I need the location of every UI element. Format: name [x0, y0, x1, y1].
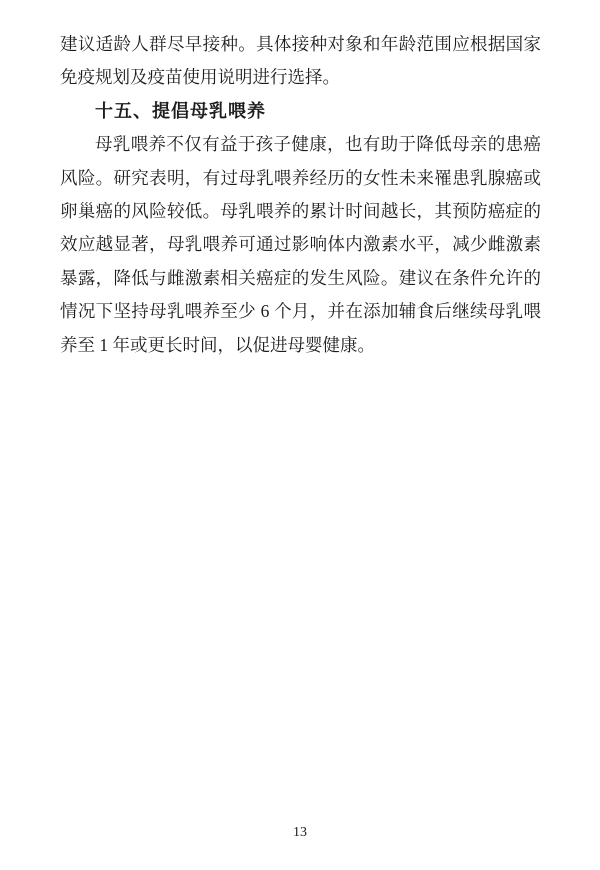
text-line: 暴露，降低与雌激素相关癌症的发生风险。建议在条件允许的: [60, 262, 541, 295]
text-line: 免疫规划及疫苗使用说明进行选择。: [60, 61, 541, 94]
document-page: 建议适龄人群尽早接种。具体接种对象和年龄范围应根据国家 免疫规划及疫苗使用说明进…: [0, 0, 600, 870]
text-line: 效应越显著，母乳喂养可通过影响体内激素水平，减少雌激素: [60, 228, 541, 261]
section-heading: 十五、提倡母乳喂养: [60, 95, 541, 128]
text-line: 情况下坚持母乳喂养至少 6 个月，并在添加辅食后继续母乳喂: [60, 295, 541, 328]
page-number: 13: [0, 824, 600, 842]
text-line: 母乳喂养不仅有益于孩子健康，也有助于降低母亲的患癌: [60, 128, 541, 161]
document-body: 建议适龄人群尽早接种。具体接种对象和年龄范围应根据国家 免疫规划及疫苗使用说明进…: [60, 28, 541, 362]
text-line: 建议适龄人群尽早接种。具体接种对象和年龄范围应根据国家: [60, 28, 541, 61]
text-line: 卵巢癌的风险较低。母乳喂养的累计时间越长，其预防癌症的: [60, 195, 541, 228]
text-line: 养至 1 年或更长时间，以促进母婴健康。: [60, 329, 541, 362]
text-line: 风险。研究表明，有过母乳喂养经历的女性未来罹患乳腺癌或: [60, 162, 541, 195]
